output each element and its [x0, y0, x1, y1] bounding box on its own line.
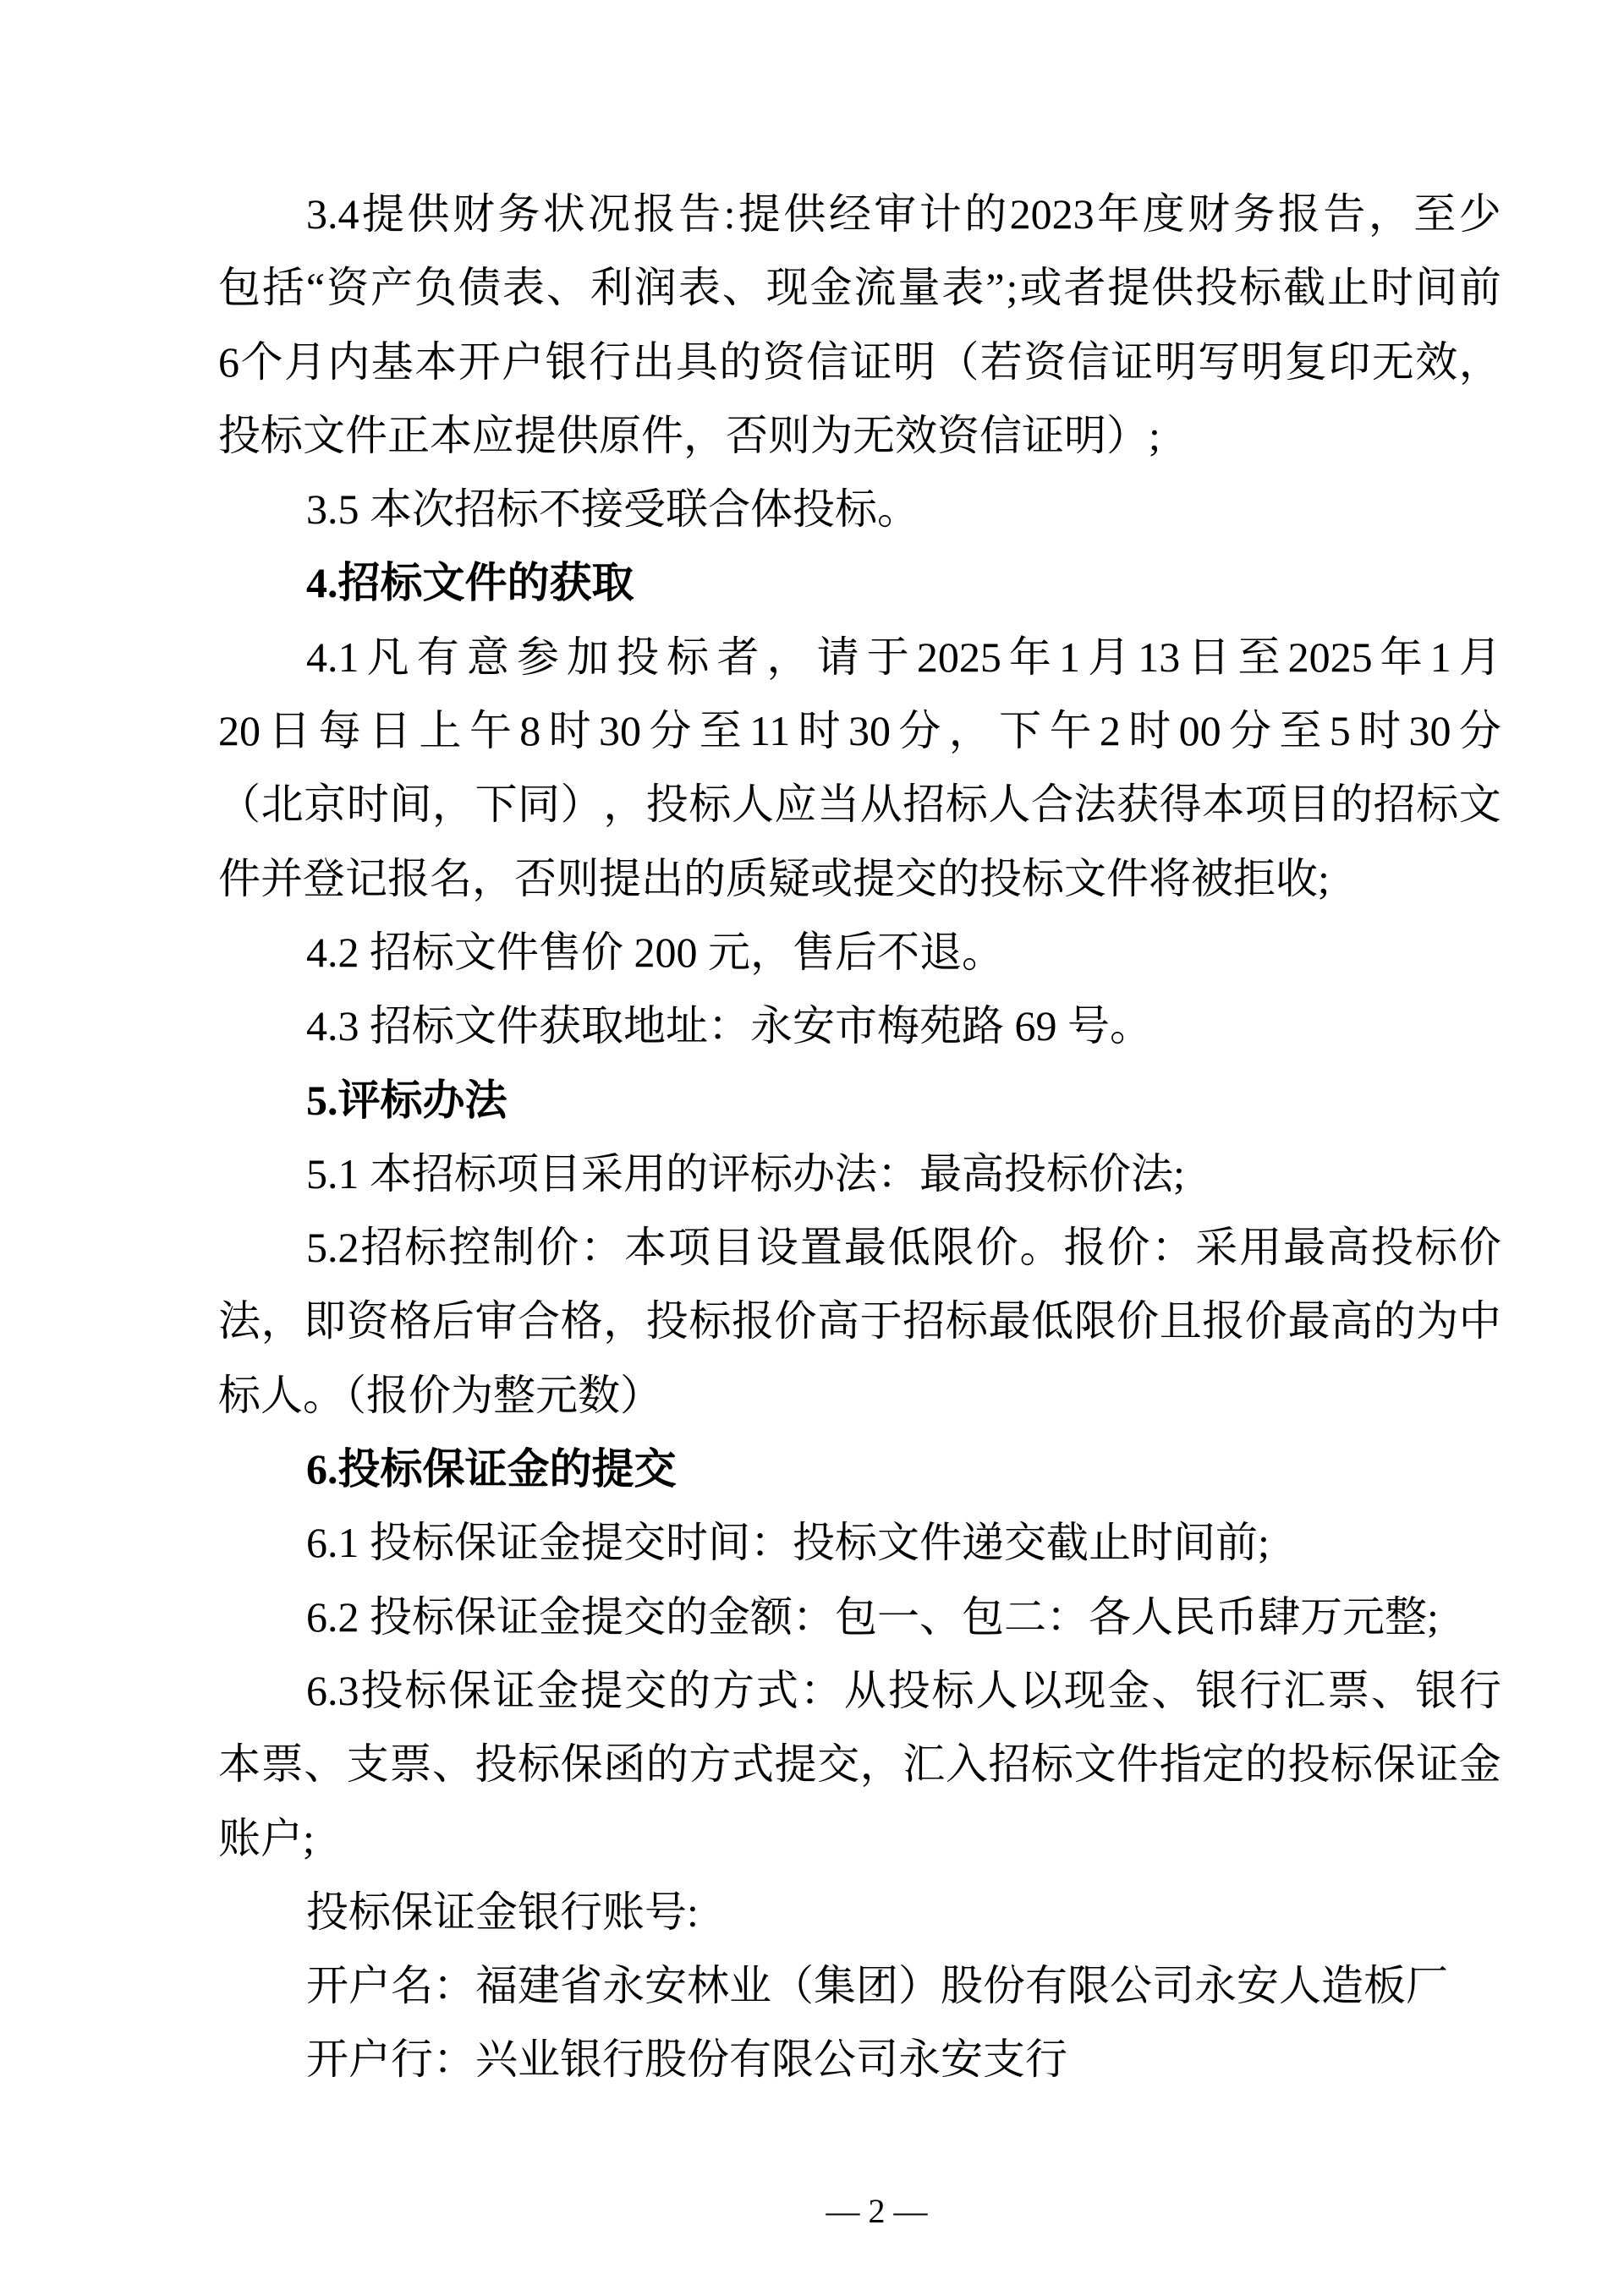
text-token: 项: [668, 1211, 710, 1285]
text-token: 项: [1245, 768, 1287, 841]
text-line: 6.2 投标保证金提交的金额：包一、包二：各人民币肆万元整;: [218, 1581, 1501, 1654]
text-token: 格: [389, 1285, 431, 1358]
text-token: 投: [1195, 251, 1237, 325]
text-token: 止: [1327, 251, 1369, 325]
text-token: 时: [1128, 694, 1171, 768]
text-token: 审: [874, 178, 916, 251]
text-token: 合: [518, 1285, 560, 1358]
text-token: 同: [518, 768, 560, 841]
text-token: 财: [453, 178, 495, 251]
text-token: 行: [1239, 1654, 1281, 1728]
text-token: 、: [1371, 1654, 1413, 1728]
text-line: 6.3投标保证金提交的方式：从投标人以现金、银行汇票、银行: [218, 1654, 1501, 1728]
text-token: 个: [240, 326, 283, 399]
text-token: ，: [949, 694, 991, 768]
text-token: 6.3: [306, 1654, 359, 1728]
text-token: 日: [369, 694, 411, 768]
text-token: 开: [458, 326, 501, 399]
text-token: 提: [738, 178, 781, 251]
text-token: 资: [1023, 326, 1066, 399]
text-token: （: [218, 768, 261, 841]
text-token: 京: [304, 768, 346, 841]
text-token: 行: [589, 326, 631, 399]
text-token: 应: [775, 768, 817, 841]
text-token: ，: [1459, 326, 1501, 399]
text-token: 价: [1116, 1285, 1159, 1358]
text-token: 的: [1374, 1285, 1416, 1358]
text-token: 汇: [1283, 1654, 1325, 1728]
text-token: 证: [1111, 326, 1153, 399]
text-token: 的: [646, 1728, 689, 1801]
text-line: 6.1 投标保证金提交时间：投标文件递交截止时间前;: [218, 1506, 1501, 1580]
text-token: 投: [1371, 1211, 1413, 1285]
text-token: 明: [893, 326, 935, 399]
text-token: 少: [1459, 178, 1501, 251]
text-token: ，: [261, 1285, 304, 1358]
text-token: 以: [1020, 1654, 1062, 1728]
text-token: 法: [218, 1285, 261, 1358]
text-token: 8: [519, 694, 540, 768]
text-token: 标: [689, 768, 731, 841]
text-token: 加: [567, 621, 609, 694]
text-token: 告: [1323, 178, 1365, 251]
text-line: 6.投标保证金的提交: [218, 1433, 1501, 1506]
text-token: 标: [518, 1728, 560, 1801]
text-token: 文: [1074, 1728, 1116, 1801]
text-token: 请: [817, 621, 859, 694]
text-token: 30: [848, 694, 891, 768]
text-token: 负: [414, 251, 457, 325]
text-token: 提: [775, 1728, 817, 1801]
text-token: 1: [1059, 621, 1080, 694]
text-token: 凡: [367, 621, 409, 694]
page-number: — 2 —: [826, 2192, 928, 2230]
text-token: ，: [766, 621, 809, 694]
text-token: 标: [1415, 1211, 1457, 1285]
text-token: 2: [1100, 694, 1121, 768]
text-token: 证: [850, 326, 892, 399]
text-token: 、: [1151, 1654, 1193, 1728]
text-token: 年: [1009, 621, 1051, 694]
text-token: 间: [389, 768, 431, 841]
text-token: 标: [932, 1654, 974, 1728]
text-line: 5.1 本招标项目采用的评标办法：最高投标价法;: [218, 1137, 1501, 1211]
text-token: 本: [1202, 768, 1244, 841]
text-token: 2023: [1010, 178, 1095, 251]
text-token: 若: [980, 326, 1023, 399]
text-token: 投: [646, 768, 689, 841]
text-token: 写: [1198, 326, 1240, 399]
text-token: 的: [1330, 768, 1373, 841]
text-token: 截: [1283, 251, 1325, 325]
text-token: 利: [590, 251, 633, 325]
text-line: 3.4提供财务状况报告:提供经审计的2023年度财务报告，至少: [218, 178, 1501, 251]
text-token: 、: [722, 251, 765, 325]
text-token: 下: [999, 694, 1041, 768]
text-token: 入: [946, 1728, 988, 1801]
text-token: 5: [1330, 694, 1351, 768]
text-token: 票: [261, 1728, 304, 1801]
text-token: 间: [1415, 251, 1457, 325]
text-token: 投: [360, 1654, 403, 1728]
text-token: 、: [304, 1728, 346, 1801]
text-token: 1: [1430, 621, 1451, 694]
text-token: 计: [919, 178, 962, 251]
text-token: 时: [798, 694, 841, 768]
text-token: 格: [561, 1285, 603, 1358]
text-token: 度: [1143, 178, 1185, 251]
text-token: 人: [988, 768, 1030, 841]
text-line: （北京时间，下同），投标人应当从招标人合法获得本项目的招标文: [218, 768, 1501, 841]
text-token: 制: [492, 1211, 535, 1285]
text-line: 投标保证金银行账号:: [218, 1876, 1501, 1949]
text-token: 日: [268, 694, 310, 768]
text-token: 明: [1242, 326, 1284, 399]
text-token: 年: [1097, 178, 1139, 251]
text-token: 表: [678, 251, 721, 325]
text-token: 设: [756, 1211, 798, 1285]
text-token: 高: [817, 1285, 859, 1358]
text-token: 标: [1031, 1728, 1073, 1801]
text-token: 状: [543, 178, 585, 251]
document-page: 3.4提供财务状况报告:提供经审计的2023年度财务报告，至少包括“资产负债表、…: [0, 0, 1624, 2296]
page-footer: — 2 —: [218, 2128, 1501, 2184]
text-token: 高: [1327, 1211, 1369, 1285]
text-token: 11: [749, 694, 790, 768]
text-token: 本: [624, 1211, 667, 1285]
text-token: 交: [624, 1654, 667, 1728]
text-token: 标: [946, 768, 988, 841]
text-token: 中: [1459, 1285, 1501, 1358]
text-token: 投: [1287, 1728, 1330, 1801]
text-token: 时: [1358, 694, 1401, 768]
text-token: 4.1: [306, 621, 359, 694]
text-token: 午: [1050, 694, 1092, 768]
text-token: 至: [1279, 694, 1321, 768]
text-token: 式: [732, 1728, 774, 1801]
text-token: 证: [1416, 1728, 1458, 1801]
text-token: 方: [689, 1728, 731, 1801]
text-token: 行: [1459, 1654, 1501, 1728]
text-token: 人: [976, 1654, 1018, 1728]
text-token: ）: [561, 768, 603, 841]
text-token: 标: [689, 1285, 731, 1358]
text-token: 于: [860, 1285, 903, 1358]
text-token: 投: [475, 1728, 517, 1801]
text-token: 经: [829, 178, 871, 251]
text-token: 明: [1155, 326, 1197, 399]
text-token: ：: [800, 1654, 842, 1728]
text-token: 午: [469, 694, 512, 768]
text-token: 价: [1459, 1211, 1501, 1285]
text-token: 参: [517, 621, 559, 694]
text-token: 日: [1188, 621, 1230, 694]
text-token: 限: [932, 1211, 974, 1285]
text-token: 投: [617, 621, 659, 694]
text-token: 方: [712, 1654, 754, 1728]
text-token: 括: [262, 251, 304, 325]
text-token: 汇: [903, 1728, 945, 1801]
text-token: 最: [988, 1285, 1030, 1358]
text-token: 时: [347, 768, 389, 841]
text-token: ，: [603, 1285, 645, 1358]
text-token: 债: [458, 251, 501, 325]
text-token: ”: [985, 251, 1004, 325]
text-token: （: [936, 326, 979, 399]
text-token: 供: [407, 178, 449, 251]
text-token: 信: [806, 326, 848, 399]
text-line: 包括“资产负债表、利润表、现金流量表”;或者提供投标截止时间前: [218, 251, 1501, 325]
text-line: 4.1凡有意参加投标者，请于2025年1月13日至2025年1月: [218, 621, 1501, 694]
text-token: 资: [347, 1285, 389, 1358]
text-token: 表: [941, 251, 984, 325]
text-token: 印: [1328, 326, 1370, 399]
text-token: ：: [1151, 1211, 1193, 1285]
text-token: 5.2: [306, 1211, 359, 1285]
text-token: 标: [667, 621, 709, 694]
text-token: 最: [1287, 1285, 1330, 1358]
text-token: 银: [546, 326, 588, 399]
text-line: 4.2 招标文件售价 200 元，售后不退。: [218, 916, 1501, 989]
text-token: 基: [371, 326, 414, 399]
text-token: 招: [360, 1211, 403, 1285]
text-token: 时: [1371, 251, 1413, 325]
text-token: 务: [497, 178, 540, 251]
text-token: 标: [404, 1654, 447, 1728]
text-token: 银: [1195, 1654, 1237, 1728]
text-token: 获: [1116, 768, 1159, 841]
text-token: 为: [1416, 1285, 1458, 1358]
text-token: 包: [218, 251, 261, 325]
text-line: 4.3 招标文件获取地址：永安市梅苑路 69 号。: [218, 989, 1501, 1063]
text-token: 当: [817, 768, 859, 841]
text-token: 分: [649, 694, 691, 768]
text-token: 润: [634, 251, 677, 325]
text-token: 、: [432, 1728, 475, 1801]
text-line: 4.招标文件的获取: [218, 546, 1501, 620]
text-token: 3.4: [306, 178, 359, 251]
text-token: 年: [1380, 621, 1423, 694]
text-token: “: [306, 251, 325, 325]
text-token: 票: [389, 1728, 431, 1801]
text-token: 且: [1160, 1285, 1202, 1358]
text-token: 银: [1415, 1654, 1457, 1728]
text-token: 招: [903, 1285, 945, 1358]
text-token: 目: [1287, 768, 1330, 841]
text-token: 用: [1239, 1211, 1281, 1285]
text-token: 月: [1459, 621, 1501, 694]
text-token: 票: [1327, 1654, 1369, 1728]
text-token: 得: [1160, 768, 1202, 841]
text-line: 5.评标办法: [218, 1064, 1501, 1137]
text-token: ，: [432, 768, 475, 841]
text-token: 至: [700, 694, 742, 768]
text-token: 的: [668, 1654, 710, 1728]
text-token: 效: [1415, 326, 1457, 399]
text-token: 30: [599, 694, 641, 768]
text-token: 月: [284, 326, 326, 399]
text-token: 或: [1019, 251, 1062, 325]
text-token: 标: [1416, 768, 1458, 841]
text-token: 标: [404, 1211, 447, 1285]
text-token: 分: [1459, 694, 1501, 768]
text-token: 报: [1202, 1285, 1244, 1358]
text-token: 分: [1229, 694, 1271, 768]
text-line: 标人。（报价为整元数）: [218, 1359, 1501, 1433]
text-token: 法: [1074, 768, 1116, 841]
text-token: 提: [362, 178, 404, 251]
text-token: 函: [603, 1728, 645, 1801]
text-token: 者: [1063, 251, 1106, 325]
text-token: 产: [370, 251, 413, 325]
text-token: 报: [1063, 1211, 1106, 1285]
text-token: 最: [844, 1211, 886, 1285]
text-token: 有: [417, 621, 459, 694]
text-token: 出: [632, 326, 674, 399]
text-line: 6个月内基本开户银行出具的资信证明（若资信证明写明复印无效，: [218, 326, 1501, 399]
text-token: 指: [1160, 1728, 1202, 1801]
text-token: 人: [732, 768, 774, 841]
text-token: 合: [1031, 768, 1073, 841]
text-token: 的: [719, 326, 761, 399]
text-token: 价: [1245, 1285, 1287, 1358]
text-token: 者: [716, 621, 759, 694]
text-token: ，: [603, 768, 645, 841]
text-token: 意: [467, 621, 509, 694]
text-token: 审: [475, 1285, 517, 1358]
text-token: 控: [448, 1211, 491, 1285]
text-token: 价: [775, 1285, 817, 1358]
text-token: 定: [1202, 1728, 1244, 1801]
text-token: 无: [1372, 326, 1414, 399]
text-token: 件: [1116, 1728, 1159, 1801]
text-token: 每: [319, 694, 361, 768]
text-token: 价: [1107, 1211, 1149, 1285]
text-token: 务: [1232, 178, 1275, 251]
text-token: 信: [1067, 326, 1110, 399]
text-token: 后: [432, 1285, 475, 1358]
text-line: 本票、支票、投标保函的方式提交，汇入招标文件指定的投标保证金: [218, 1728, 1501, 1801]
text-token: 的: [1245, 1728, 1287, 1801]
text-token: 文: [1459, 768, 1501, 841]
text-token: 金: [1459, 1728, 1501, 1801]
text-token: 限: [1074, 1285, 1116, 1358]
text-token: 招: [1374, 768, 1416, 841]
text-token: 至: [1413, 178, 1456, 251]
text-token: 高: [1330, 1285, 1373, 1358]
text-token: 资: [326, 251, 369, 325]
text-token: 月: [1088, 621, 1130, 694]
text-token: 从: [860, 768, 903, 841]
text-token: 即: [304, 1285, 346, 1358]
text-token: 本: [218, 1728, 261, 1801]
text-line: 投标文件正本应提供原件，否则为无效资信证明）;: [218, 399, 1501, 473]
text-line: 3.5 本次招标不接受联合体投标。: [218, 473, 1501, 546]
text-token: 式: [756, 1654, 798, 1728]
text-token: 复: [1285, 326, 1327, 399]
text-token: 2025: [1288, 621, 1373, 694]
text-token: 投: [646, 1285, 689, 1358]
text-token: 置: [800, 1211, 842, 1285]
text-token: 资: [763, 326, 805, 399]
text-token: 6: [218, 326, 239, 399]
text-token: 流: [854, 251, 897, 325]
text-token: 投: [888, 1654, 930, 1728]
text-token: 财: [1188, 178, 1230, 251]
text-token: 报: [732, 1285, 774, 1358]
text-token: 交: [817, 1728, 859, 1801]
text-token: 前: [1459, 251, 1501, 325]
text-token: 供: [1151, 251, 1193, 325]
text-line: 开户行：兴业银行股份有限公司永安支行: [218, 2023, 1501, 2096]
text-token: 报: [634, 178, 676, 251]
text-token: 00: [1179, 694, 1221, 768]
text-token: 低: [888, 1211, 930, 1285]
text-token: 金: [536, 1654, 579, 1728]
text-token: 上: [420, 694, 462, 768]
text-line: 账户;: [218, 1802, 1501, 1876]
text-token: 保: [561, 1728, 603, 1801]
text-token: ，: [860, 1728, 903, 1801]
text-token: ：: [580, 1211, 623, 1285]
text-token: 目: [712, 1211, 754, 1285]
text-token: 招: [988, 1728, 1030, 1801]
text-token: :: [724, 178, 736, 251]
text-token: 供: [783, 178, 826, 251]
text-token: 从: [844, 1654, 886, 1728]
text-token: 本: [414, 326, 457, 399]
text-token: 况: [588, 178, 630, 251]
text-token: 现: [1063, 1654, 1106, 1728]
text-token: 金: [1107, 1654, 1149, 1728]
text-token: 价: [976, 1211, 1018, 1285]
text-token: 量: [897, 251, 940, 325]
text-token: 表: [502, 251, 545, 325]
text-token: 20: [218, 694, 261, 768]
text-token: 的: [964, 178, 1007, 251]
text-token: 至: [1237, 621, 1280, 694]
text-line: 件并登记报名，否则提出的质疑或提交的投标文件将被拒收;: [218, 842, 1501, 916]
text-token: 保: [1374, 1728, 1416, 1801]
text-token: 金: [810, 251, 853, 325]
text-token: 报: [1278, 178, 1320, 251]
text-token: ，: [1369, 178, 1411, 251]
text-token: 现: [766, 251, 809, 325]
text-token: 采: [1195, 1211, 1237, 1285]
text-line: 20日每日上午8时30分至11时30分，下午2时00分至5时30分: [218, 694, 1501, 768]
text-token: 。: [1020, 1211, 1062, 1285]
text-token: 最: [1283, 1211, 1325, 1285]
text-token: 北: [261, 768, 304, 841]
text-token: 30: [1409, 694, 1451, 768]
text-token: 标: [946, 1285, 988, 1358]
text-token: 提: [580, 1654, 623, 1728]
text-token: 告: [678, 178, 721, 251]
text-token: 支: [347, 1728, 389, 1801]
text-token: 分: [898, 694, 941, 768]
text-token: 13: [1138, 621, 1180, 694]
text-token: 下: [475, 768, 517, 841]
text-token: 于: [867, 621, 909, 694]
text-token: 2025: [917, 621, 1001, 694]
text-line: 开户名：福建省永安林业（集团）股份有限公司永安人造板厂: [218, 1949, 1501, 2023]
text-token: ;: [1007, 251, 1018, 325]
text-token: 内: [327, 326, 370, 399]
text-line: 法，即资格后审合格，投标报价高于招标最低限价且报价最高的为中: [218, 1285, 1501, 1358]
text-token: 标: [1239, 251, 1281, 325]
document-body: 3.4提供财务状况报告:提供经审计的2023年度财务报告，至少包括“资产负债表、…: [218, 178, 1501, 2097]
text-token: 、: [546, 251, 589, 325]
